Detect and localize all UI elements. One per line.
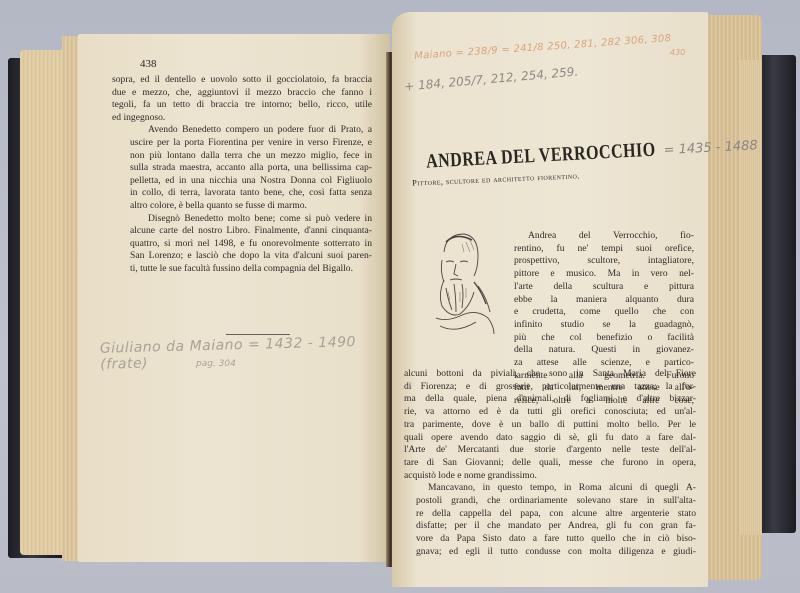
portrait-engraving xyxy=(416,222,496,342)
text-line: sopra, ed il dentello e uovolo sotto il … xyxy=(112,74,372,87)
text-line: Andrea del Verrocchio, fio- xyxy=(500,230,694,243)
text-line: ti, tutte le sue facultà fussino della c… xyxy=(112,263,372,276)
text-line: Mancavano, in questo tempo, in Roma alcu… xyxy=(404,482,696,495)
text-line: pittore e musico. Ma in vero nel- xyxy=(500,268,694,281)
text-line: e crudetta, come quello che con xyxy=(500,306,694,319)
text-line: più che col benefizio o facilità xyxy=(500,332,694,345)
paragraph: sopra, ed il dentello e uovolo sotto il … xyxy=(112,74,372,124)
text-line: alcuni bottoni da piviali, che sono in S… xyxy=(404,368,696,381)
text-line: rentino, fu ne' tempi suoi orefice, xyxy=(500,243,694,256)
handwritten-gray-page-refs: + 184, 205/7, 212, 254, 259. xyxy=(404,64,579,93)
page-number: 438 xyxy=(140,58,157,70)
text-line: sulla strada maestra, accanto alla porta… xyxy=(112,162,372,175)
paragraph: Disegnò Benedetto molto bene; come si pu… xyxy=(112,213,372,276)
right-page-block-edge-inner xyxy=(740,60,762,535)
paragraph: alcuni bottoni da piviali, che sono in S… xyxy=(404,368,696,482)
text-line: ebbe la maniera alquanto dura xyxy=(500,294,694,307)
text-line: l'arte della scultura e pittura xyxy=(500,281,694,294)
handwritten-note: Giuliano da Maiano = 1432 - 1490 (frate) xyxy=(100,333,391,373)
text-line: altro colore, è bella quanto se fusse di… xyxy=(112,200,372,213)
text-line: tra parimente, dove è un ballo di puttin… xyxy=(404,419,696,432)
text-line: quattro, si morì nel 1498, e fu onorevol… xyxy=(112,238,372,251)
text-line: della natura. Questi in giovanez- xyxy=(500,344,694,357)
paragraph: Avendo Benedetto compero un podere fuor … xyxy=(112,124,372,212)
text-line: re della cappella del papa, con alcune a… xyxy=(404,508,696,521)
text-line: non più lontano dalla terra che un mezzo… xyxy=(112,150,372,163)
text-line: uscire per la porta Fiorentina per venir… xyxy=(112,137,372,150)
text-line: Avendo Benedetto compero un podere fuor … xyxy=(112,124,372,137)
text-line: gnava; ed egli il tutto condusse con mol… xyxy=(404,546,696,559)
text-line: disfatte; per il che mandato per Andrea,… xyxy=(404,520,696,533)
text-line: postoli grandi, che ordinariamente solev… xyxy=(404,495,696,508)
text-line: in collo, di terra, lavorata tanto bene,… xyxy=(112,187,372,200)
text-line: San Lorenzo; e lasciò che dopo la vita d… xyxy=(112,250,372,263)
text-line: infinito studio se la guadagnò, xyxy=(500,319,694,332)
text-line: tare di San Giovanni; delle quali, messe… xyxy=(404,457,696,470)
text-line: quali opere avendo dato saggio di sè, gl… xyxy=(404,432,696,445)
text-line: di Fiorenza; e di grosserie, particolarm… xyxy=(404,381,696,394)
right-page-body: alcuni bottoni da piviali, che sono in S… xyxy=(404,368,696,559)
text-line: ma della quale, piena d'animali, di fogl… xyxy=(404,393,696,406)
text-line: ed ingegnoso. xyxy=(112,112,372,125)
chapter-heading: ANDREA DEL VERROCCHIO = 1435 - 1488 xyxy=(426,138,717,171)
text-line: rie, va attorno ed è da tutti gli orefic… xyxy=(404,406,696,419)
text-line: Disegnò Benedetto molto bene; come si pu… xyxy=(112,213,372,226)
left-page-body: sopra, ed il dentello e uovolo sotto il … xyxy=(112,74,372,276)
handwritten-page-ref: pag. 304 xyxy=(196,359,236,369)
right-page: Maiano = 238/9 = 241/8 250, 281, 282 306… xyxy=(392,12,708,587)
left-page: 438 sopra, ed il dentello e uovolo sotto… xyxy=(78,34,390,562)
text-line: vore da Papa Sisto dato a fare tutto que… xyxy=(404,533,696,546)
paragraph: Mancavano, in questo tempo, in Roma alcu… xyxy=(404,482,696,558)
text-line: l'Arte de' Mercatanti due storie d'argen… xyxy=(404,444,696,457)
open-book: 438 sopra, ed il dentello e uovolo sotto… xyxy=(0,0,800,593)
handwritten-red-page-refs: Maiano = 238/9 = 241/8 250, 281, 282 306… xyxy=(414,33,672,62)
text-line: tegoli, fa un tetto di braccia tre intor… xyxy=(112,99,372,112)
text-line: due e mezzo, che, aggiuntovi il mezzo br… xyxy=(112,87,372,100)
text-line: alcune carte del nostro Libro. Finalment… xyxy=(112,225,372,238)
text-line: prospettivo, scultore, intagliatore, xyxy=(500,255,694,268)
text-line: pelletta, ed in una nicchia una Nostra D… xyxy=(112,175,372,188)
section-divider xyxy=(226,334,290,335)
handwritten-red-page-ref-extra: 430 xyxy=(670,48,685,57)
text-line: acquistò lode e nome grandissimo. xyxy=(404,470,696,483)
portrait-icon xyxy=(416,222,496,342)
chapter-title: ANDREA DEL VERROCCHIO xyxy=(426,139,657,173)
